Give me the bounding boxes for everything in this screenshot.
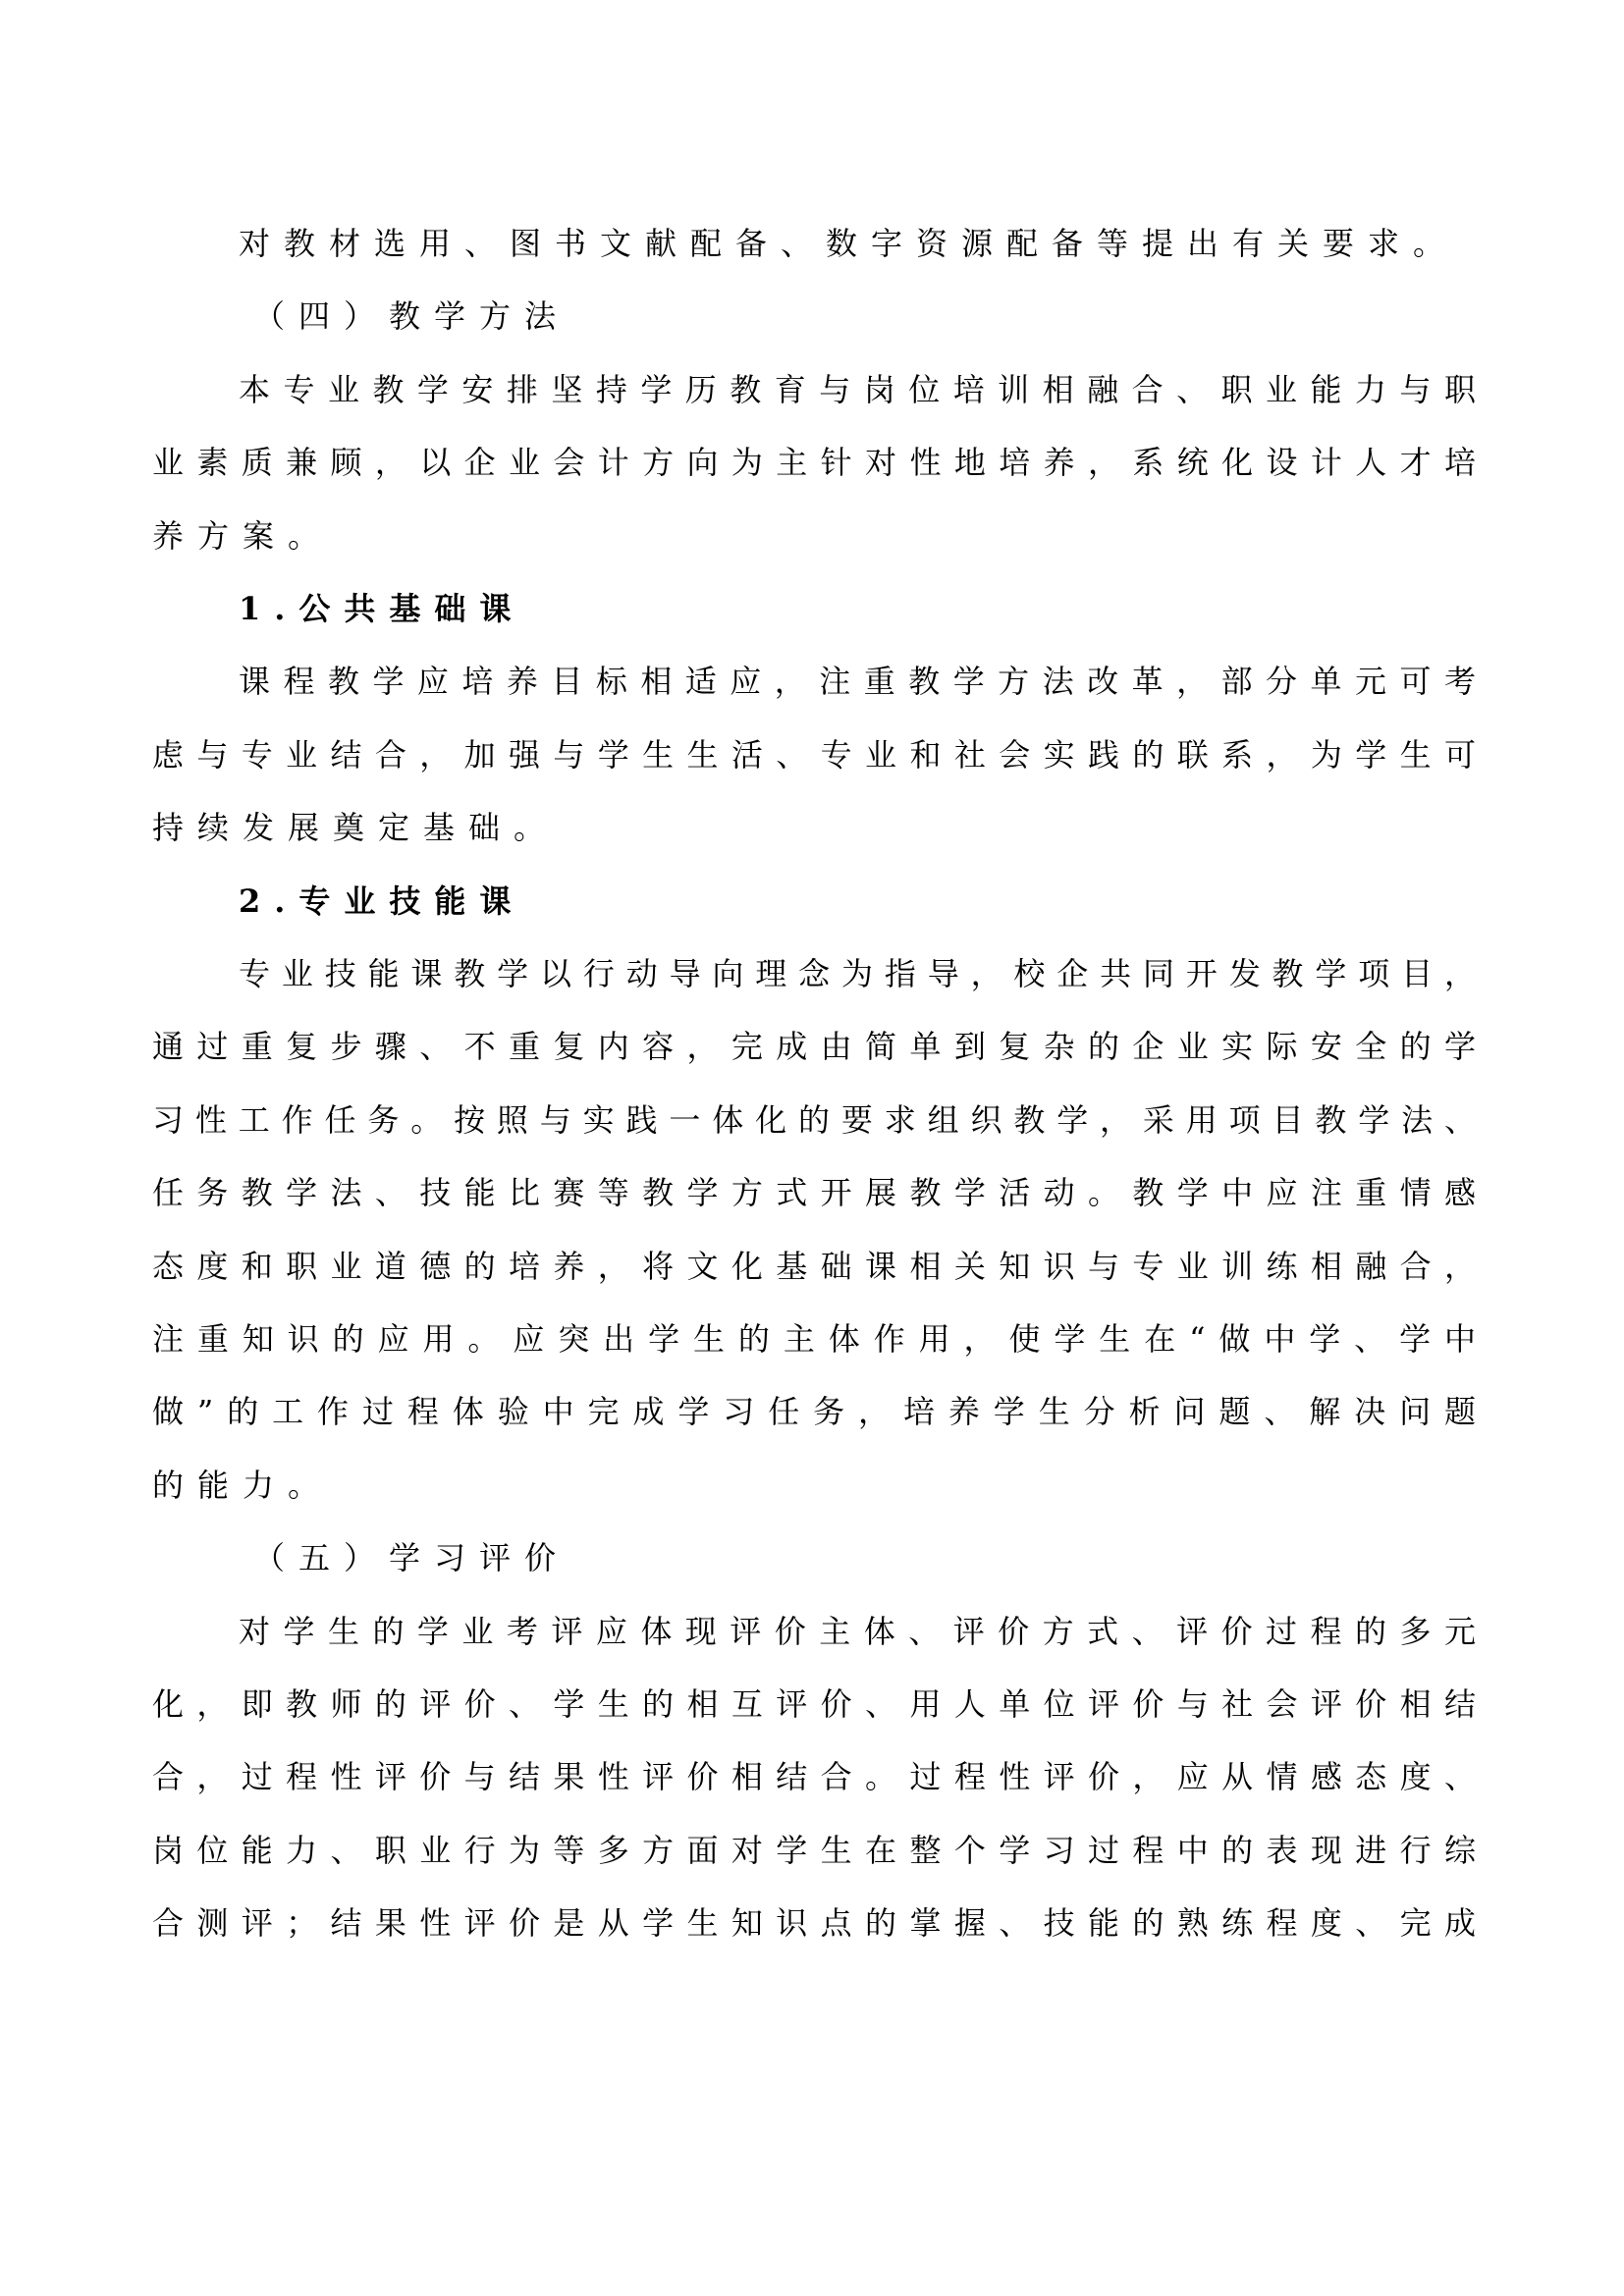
document-page: 对教材选用、图书文献配备、数字资源配备等提出有关要求。 （四）教学方法 本专业教… — [0, 0, 1624, 2296]
paragraph-line: 化，即教师的评价、学生的相互评价、用人单位评价与社会评价相结 — [152, 1668, 1476, 1740]
paragraph-line: 课程教学应培养目标相适应，注重教学方法改革，部分单元可考 — [239, 645, 1476, 718]
paragraph-line: 通过重复步骤、不重复内容，完成由简单到复杂的企业实际安全的学 — [152, 1010, 1476, 1083]
paragraph-line: 对教材选用、图书文献配备、数字资源配备等提出有关要求。 — [239, 207, 1476, 280]
paragraph-line: 习性工作任务。按照与实践一体化的要求组织教学，采用项目教学法、 — [152, 1084, 1476, 1156]
paragraph-line: 业素质兼顾，以企业会计方向为主针对性地培养，系统化设计人才培 — [152, 426, 1476, 499]
section-heading-teaching-methods: （四）教学方法 — [253, 280, 1490, 352]
paragraph-line: 注重知识的应用。应突出学生的主体作用，使学生在“做中学、学中 — [152, 1303, 1476, 1375]
paragraph-line: 岗位能力、职业行为等多方面对学生在整个学习过程中的表现进行综 — [152, 1814, 1476, 1887]
subheading-professional-skill-courses: 2.专业技能课 — [239, 865, 1476, 937]
paragraph-line: 的能力。 — [152, 1449, 1476, 1522]
paragraph-line: 做”的工作过程体验中完成学习任务，培养学生分析问题、解决问题 — [152, 1375, 1476, 1448]
paragraph-line: 合测评；结果性评价是从学生知识点的掌握、技能的熟练程度、完成 — [152, 1887, 1476, 1959]
paragraph-line: 虑与专业结合，加强与学生生活、专业和社会实践的联系，为学生可 — [152, 719, 1476, 791]
paragraph-line: 持续发展奠定基础。 — [152, 791, 1476, 864]
paragraph-line: 合，过程性评价与结果性评价相结合。过程性评价，应从情感态度、 — [152, 1740, 1476, 1813]
subheading-public-basic-courses: 1.公共基础课 — [239, 572, 1476, 645]
paragraph-line: 任务教学法、技能比赛等教学方式开展教学活动。教学中应注重情感 — [152, 1156, 1476, 1229]
paragraph-line: 对学生的学业考评应体现评价主体、评价方式、评价过程的多元 — [239, 1595, 1476, 1668]
paragraph-line: 态度和职业道德的培养，将文化基础课相关知识与专业训练相融合， — [152, 1230, 1476, 1303]
section-heading-learning-evaluation: （五）学习评价 — [253, 1522, 1490, 1594]
paragraph-line: 本专业教学安排坚持学历教育与岗位培训相融合、职业能力与职 — [239, 353, 1476, 426]
paragraph-line: 专业技能课教学以行动导向理念为指导，校企共同开发教学项目， — [239, 937, 1476, 1010]
paragraph-line: 养方案。 — [152, 500, 1476, 572]
